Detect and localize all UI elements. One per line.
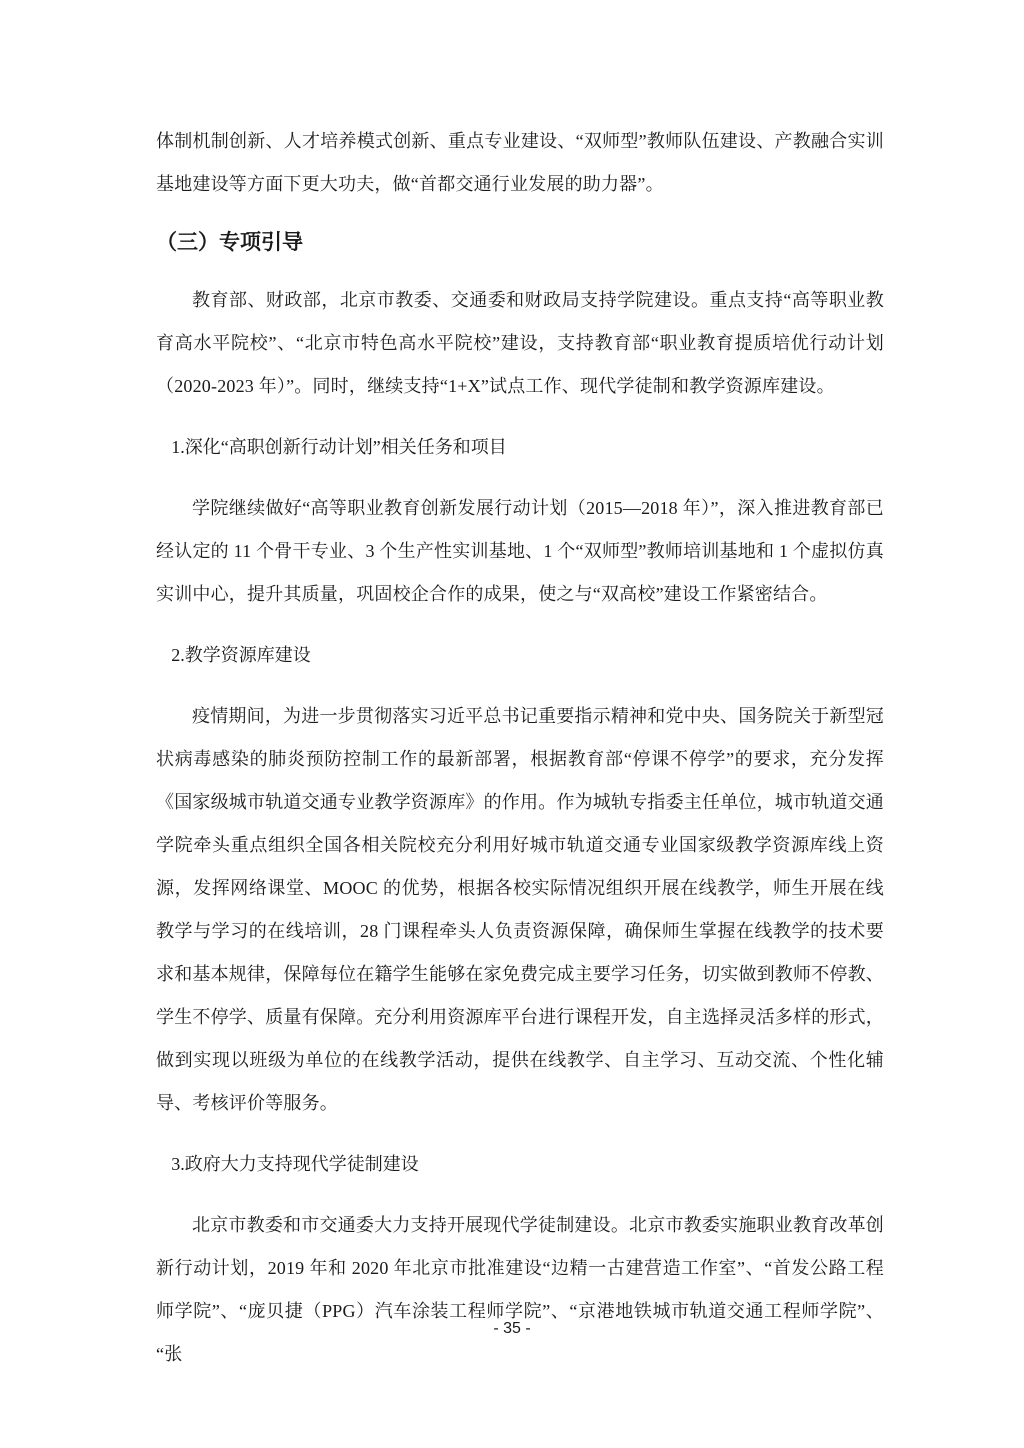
subsection-1-paragraph: 学院继续做好“高等职业教育创新发展行动计划（2015—2018 年）”，深入推进… bbox=[156, 487, 884, 616]
subsection-3-heading: 3.政府大力支持现代学徒制建设 bbox=[156, 1143, 884, 1186]
subsection-1-heading: 1.深化“高职创新行动计划”相关任务和项目 bbox=[156, 426, 884, 469]
subsection-2-heading: 2.教学资源库建设 bbox=[156, 634, 884, 677]
intro-continuation-paragraph: 体制机制创新、人才培养模式创新、重点专业建设、“双师型”教师队伍建设、产教融合实… bbox=[156, 120, 884, 206]
document-page: 体制机制创新、人才培养模式创新、重点专业建设、“双师型”教师队伍建设、产教融合实… bbox=[0, 0, 1024, 1448]
page-number: - 35 - bbox=[0, 1318, 1024, 1340]
subsection-3-paragraph: 北京市教委和市交通委大力支持开展现代学徒制建设。北京市教委实施职业教育改革创新行… bbox=[156, 1204, 884, 1376]
subsection-2-paragraph: 疫情期间，为进一步贯彻落实习近平总书记重要指示精神和党中央、国务院关于新型冠状病… bbox=[156, 695, 884, 1125]
section-lead-paragraph: 教育部、财政部，北京市教委、交通委和财政局支持学院建设。重点支持“高等职业教育高… bbox=[156, 279, 884, 408]
section-heading: （三）专项引导 bbox=[156, 221, 884, 264]
page-content: 体制机制创新、人才培养模式创新、重点专业建设、“双师型”教师队伍建设、产教融合实… bbox=[156, 120, 884, 1376]
